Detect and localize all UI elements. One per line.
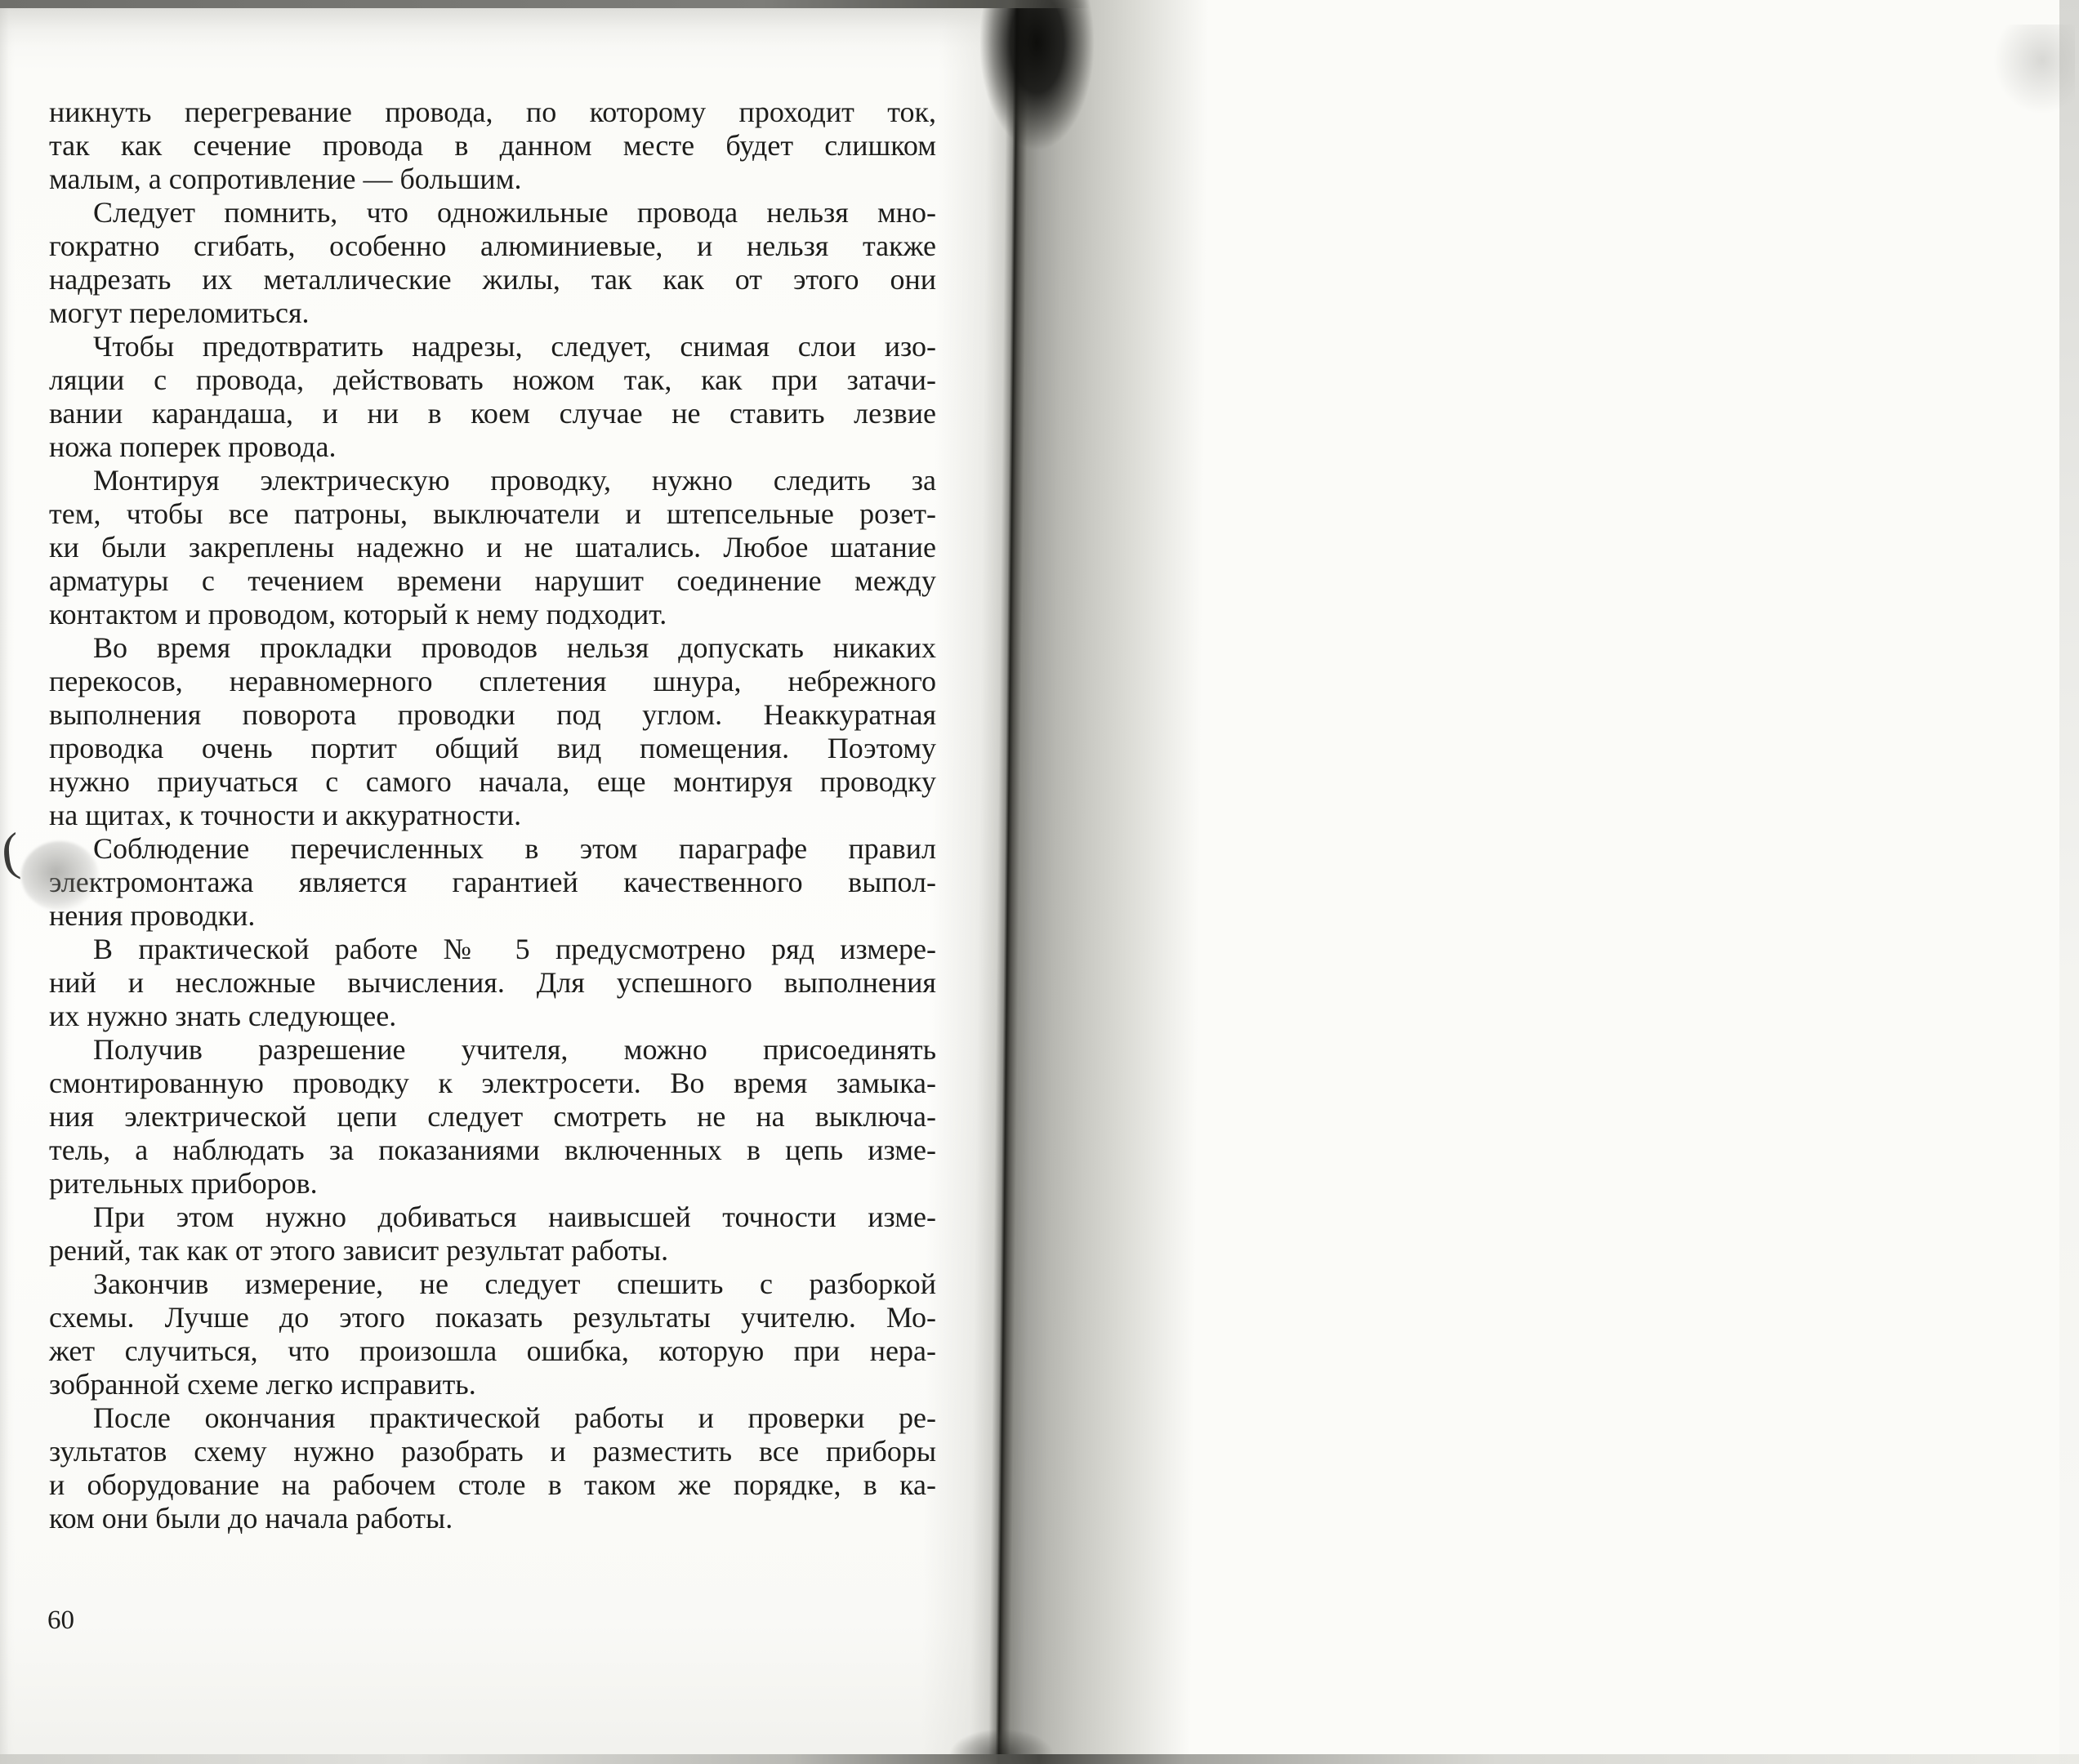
paragraph: При этом нужно добиваться наивысшей точн… <box>49 1200 936 1267</box>
text-line: ний и несложные вычисления. Для успешног… <box>49 966 936 1000</box>
text-line: перекосов, неравномерного сплетения шнур… <box>49 665 936 698</box>
text-line: контактом и проводом, который к нему под… <box>49 598 936 631</box>
text-line: так как сечение провода в данном месте б… <box>49 129 936 163</box>
text-line: рительных приборов. <box>49 1167 936 1200</box>
text-line: Монтируя электрическую проводку, нужно с… <box>49 464 936 497</box>
text-line: арматуры с течением времени нарушит соед… <box>49 564 936 598</box>
scan-bottom-edge <box>0 1754 2079 1764</box>
text-line: электромонтажа является гарантией качест… <box>49 866 936 899</box>
text-line: нужно приучаться с самого начала, еще мо… <box>49 765 936 799</box>
text-line: ком они были до начала работы. <box>49 1502 936 1535</box>
text-line: на щитах, к точности и аккуратности. <box>49 799 936 832</box>
paragraph: Следует помнить, что одножильные провода… <box>49 196 936 330</box>
text-line: зобранной схеме легко исправить. <box>49 1368 936 1401</box>
text-line: В практической работе № 5 предусмотрено … <box>49 933 936 966</box>
paragraph: Во время прокладки проводов нельзя допус… <box>49 631 936 832</box>
scan-right-edge <box>2059 0 2079 1764</box>
text-line: После окончания практической работы и пр… <box>49 1401 936 1435</box>
text-line: никнуть перегревание провода, по котором… <box>49 96 936 129</box>
text-line: вании карандаша, и ни в коем случае не с… <box>49 397 936 430</box>
text-line: Следует помнить, что одножильные провода… <box>49 196 936 229</box>
text-line: ножа поперек провода. <box>49 430 936 464</box>
text-line: гократно сгибать, особенно алюминиевые, … <box>49 229 936 263</box>
text-line: Соблюдение перечисленных в этом параграф… <box>49 832 936 866</box>
pen-mark: ( <box>0 821 22 883</box>
text-line: малым, а сопротивление — большим. <box>49 163 936 196</box>
ink-smudge <box>21 841 99 911</box>
paragraph: Закончив измерение, не следует спешить с… <box>49 1267 936 1401</box>
paragraph: В практической работе № 5 предусмотрено … <box>49 933 936 1033</box>
text-line: Во время прокладки проводов нельзя допус… <box>49 631 936 665</box>
text-line: выполнения поворота проводки под углом. … <box>49 698 936 732</box>
text-line: ки были закреплены надежно и не шатались… <box>49 531 936 564</box>
text-line: тель, а наблюдать за показаниями включен… <box>49 1134 936 1167</box>
text-line: смонтированную проводку к электросети. В… <box>49 1067 936 1100</box>
text-line: нения проводки. <box>49 899 936 933</box>
binding-gutter-shadow <box>921 0 1209 1764</box>
scan-top-fade <box>0 8 1054 47</box>
paragraph: Монтируя электрическую проводку, нужно с… <box>49 464 936 631</box>
text-line: надрезать их металлические жилы, так как… <box>49 263 936 296</box>
text-line: проводка очень портит общий вид помещени… <box>49 732 936 765</box>
paragraph: Получив разрешение учителя, можно присое… <box>49 1033 936 1200</box>
paragraph: После окончания практической работы и пр… <box>49 1401 936 1535</box>
text-line: их нужно знать следующее. <box>49 1000 936 1033</box>
text-line: ляции с провода, действовать ножом так, … <box>49 363 936 397</box>
text-line: Закончив измерение, не следует спешить с… <box>49 1267 936 1301</box>
text-line: рений, так как от этого зависит результа… <box>49 1234 936 1267</box>
paragraph: Соблюдение перечисленных в этом параграф… <box>49 832 936 933</box>
text-line: ния электрической цепи следует смотреть … <box>49 1100 936 1134</box>
left-page-number: 60 <box>47 1606 74 1636</box>
scan-top-edge <box>0 0 1091 8</box>
text-line: зультатов схему нужно разобрать и размес… <box>49 1435 936 1468</box>
text-line: При этом нужно добиваться наивысшей точн… <box>49 1200 936 1234</box>
left-page-text: никнуть перегревание провода, по котором… <box>49 96 936 1535</box>
binding-top-shadow <box>980 0 1115 220</box>
text-line: жет случиться, что произошла ошибка, кот… <box>49 1334 936 1368</box>
paragraph: Чтобы предотвратить надрезы, следует, сн… <box>49 330 936 464</box>
text-line: схемы. Лучше до этого показать результат… <box>49 1301 936 1334</box>
text-line: могут переломиться. <box>49 296 936 330</box>
left-page: никнуть перегревание провода, по котором… <box>0 0 1013 1764</box>
paragraph: никнуть перегревание провода, по котором… <box>49 96 936 196</box>
text-line: Получив разрешение учителя, можно присое… <box>49 1033 936 1067</box>
text-line: Чтобы предотвратить надрезы, следует, сн… <box>49 330 936 363</box>
text-line: и оборудование на рабочем столе в таком … <box>49 1468 936 1502</box>
text-line: тем, чтобы все патроны, выключатели и шт… <box>49 497 936 531</box>
